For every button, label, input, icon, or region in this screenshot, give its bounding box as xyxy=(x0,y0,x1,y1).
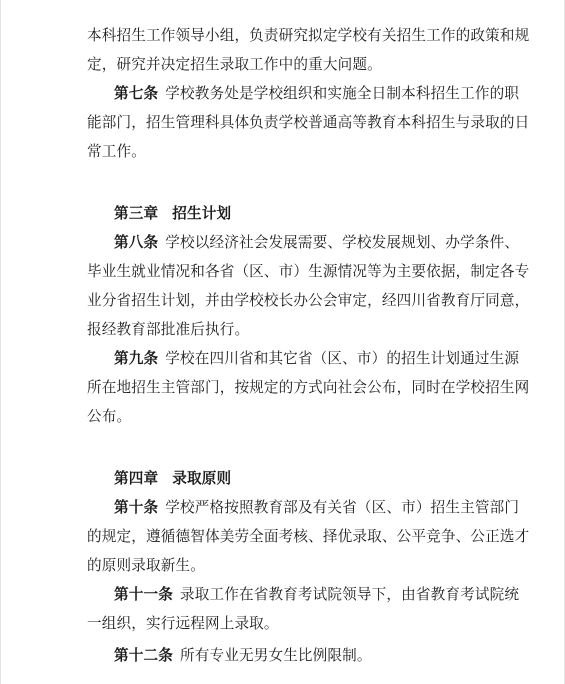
article-label: 第十条 xyxy=(114,499,158,516)
text-line: 能部门，招生管理科具体负责学校普通高等教育本科招生与录取的日 xyxy=(87,108,483,137)
article-7: 第七条学校教务处是学校组织和实施全日制本科招生工作的职 能部门，招生管理科具体负… xyxy=(87,79,483,166)
text-line: 毕业生就业情况和各省（区、市）生源情况等为主要依据，制定各专 xyxy=(87,257,483,286)
text-line: 的规定，遵循德智体美劳全面考核、择优录取、公平竞争、公正选才 xyxy=(87,522,483,551)
chapter-heading-4: 第四章录取原则 xyxy=(87,464,483,493)
article-label: 第八条 xyxy=(114,234,158,251)
text-line: 业分省招生计划，并由学校校长办公会审定，经四川省教育厅同意， xyxy=(87,286,483,315)
chapter-heading-3: 第三章招生计划 xyxy=(87,199,483,228)
text-line: 学校以经济社会发展需要、学校发展规划、办学条件、 xyxy=(165,234,519,251)
paragraph-continuation: 本科招生工作领导小组，负责研究拟定学校有关招生工作的政策和规 定，研究并决定招生… xyxy=(87,21,483,79)
text-line: 一组织，实行远程网上录取。 xyxy=(87,609,483,638)
document-page: 本科招生工作领导小组，负责研究拟定学校有关招生工作的政策和规 定，研究并决定招生… xyxy=(0,0,565,684)
text-line: 的原则录取新生。 xyxy=(87,551,483,580)
text-line: 学校严格按照教育部及有关省（区、市）招生主管部门 xyxy=(165,499,519,516)
document-body: 本科招生工作领导小组，负责研究拟定学校有关招生工作的政策和规 定，研究并决定招生… xyxy=(87,21,483,670)
chapter-title: 录取原则 xyxy=(172,470,231,487)
article-label: 第十二条 xyxy=(114,647,173,664)
chapter-title: 招生计划 xyxy=(172,205,231,222)
article-10: 第十条学校严格按照教育部及有关省（区、市）招生主管部门 的规定，遵循德智体美劳全… xyxy=(87,493,483,580)
spacer xyxy=(87,431,483,464)
text-line: 定，研究并决定招生录取工作中的重大问题。 xyxy=(87,50,483,79)
text-line: 公布。 xyxy=(87,402,483,431)
text-line: 所有专业无男女生比例限制。 xyxy=(180,647,372,664)
article-label: 第十一条 xyxy=(114,586,173,603)
chapter-number: 第四章 xyxy=(114,470,158,487)
article-8: 第八条学校以经济社会发展需要、学校发展规划、办学条件、 毕业生就业情况和各省（区… xyxy=(87,228,483,344)
article-9: 第九条学校在四川省和其它省（区、市）的招生计划通过生源 所在地招生主管部门，按规… xyxy=(87,344,483,431)
article-label: 第七条 xyxy=(114,85,158,102)
article-11: 第十一条录取工作在省教育考试院领导下，由省教育考试院统 一组织，实行远程网上录取… xyxy=(87,580,483,638)
text-line: 学校教务处是学校组织和实施全日制本科招生工作的职 xyxy=(165,85,519,102)
spacer xyxy=(87,166,483,199)
text-line: 学校在四川省和其它省（区、市）的招生计划通过生源 xyxy=(165,350,519,367)
chapter-number: 第三章 xyxy=(114,205,158,222)
text-line: 常工作。 xyxy=(87,137,483,166)
text-line: 录取工作在省教育考试院领导下，由省教育考试院统 xyxy=(180,586,519,603)
text-line: 所在地招生主管部门，按规定的方式向社会公布，同时在学校招生网 xyxy=(87,373,483,402)
text-line: 报经教育部批准后执行。 xyxy=(87,315,483,344)
article-12: 第十二条所有专业无男女生比例限制。 xyxy=(87,641,483,670)
text-line: 本科招生工作领导小组，负责研究拟定学校有关招生工作的政策和规 xyxy=(87,21,483,50)
article-label: 第九条 xyxy=(114,350,158,367)
